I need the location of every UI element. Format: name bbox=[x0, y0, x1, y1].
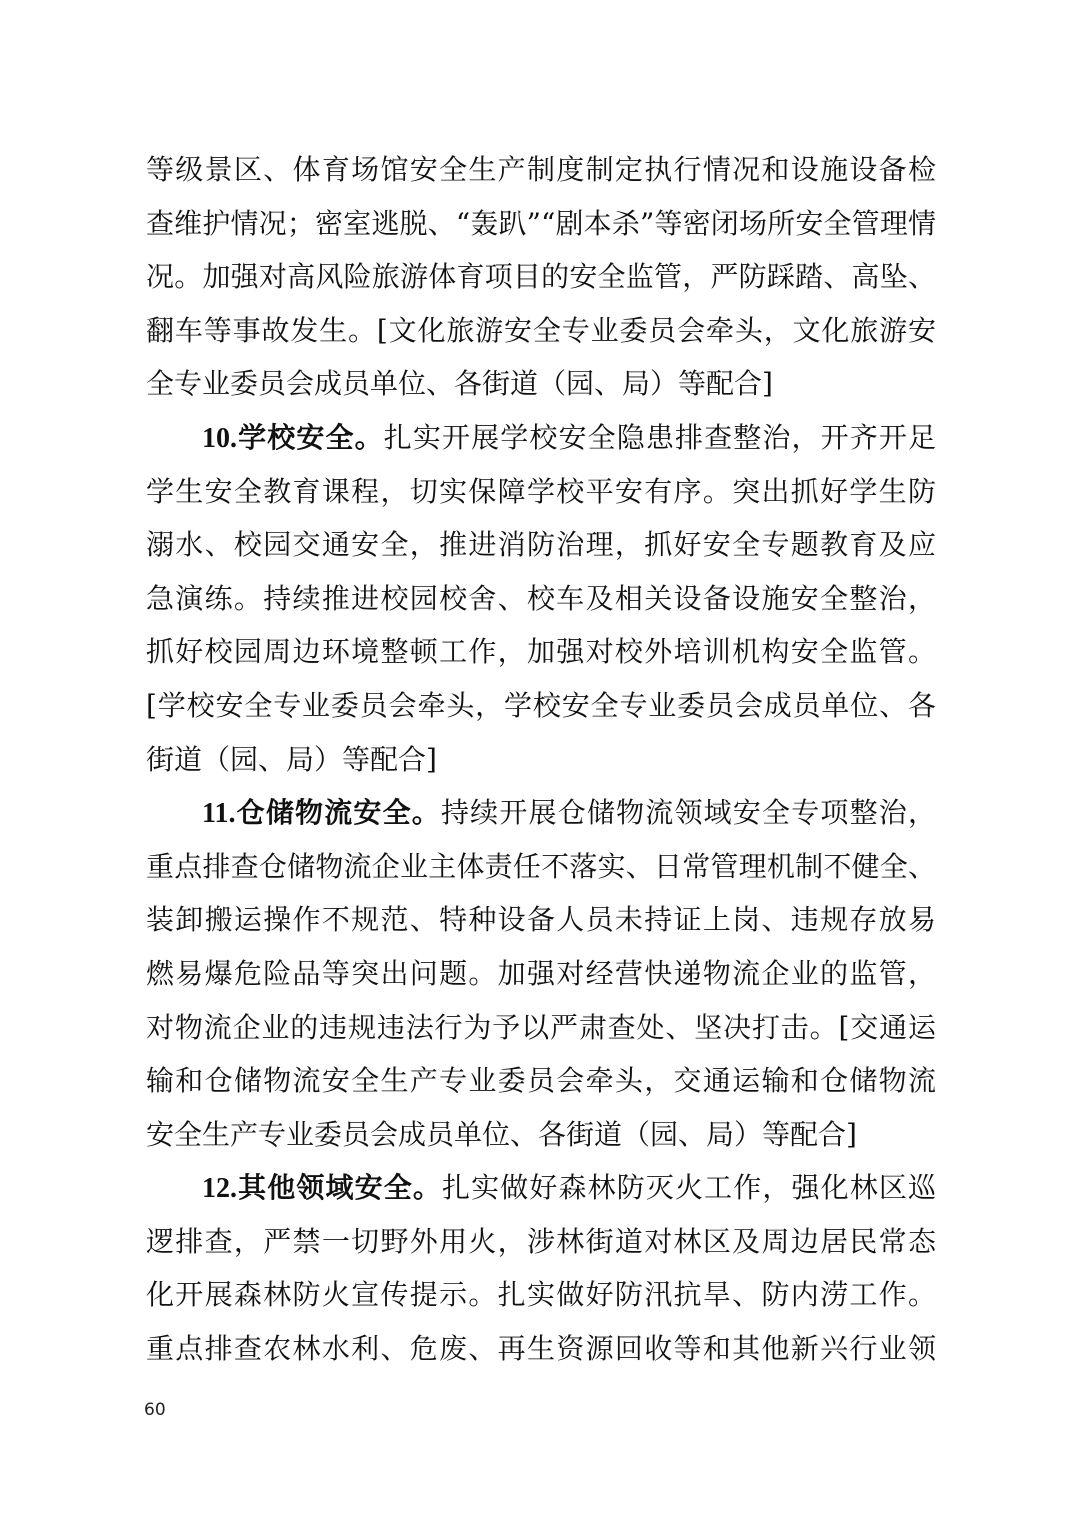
section-heading-school-safety: 10.学校安全。 bbox=[202, 423, 384, 454]
paragraph-line: 装卸搬运操作不规范、特种设备人员未持证上岗、违规存放易 bbox=[146, 893, 936, 947]
paragraph-line: 安全生产专业委员会成员单位、各街道（园、局）等配合] bbox=[146, 1108, 936, 1162]
paragraph-line: 化开展森林防火宣传提示。扎实做好防汛抗旱、防内涝工作。 bbox=[146, 1268, 936, 1322]
body-text: 等级景区、体育场馆安全生产制度制定执行情况和设施设备检 查维护情况；密室逃脱、“… bbox=[146, 143, 936, 1376]
paragraph-line: 全专业委员会成员单位、各街道（园、局）等配合] bbox=[146, 357, 936, 411]
paragraph-line: 逻排查，严禁一切野外用火，涉林街道对林区及周边居民常态 bbox=[146, 1215, 936, 1269]
paragraph-line: 输和仓储物流安全生产专业委员会牵头，交通运输和仓储物流 bbox=[146, 1054, 936, 1108]
paragraph-line: [学校安全专业委员会牵头，学校安全专业委员会成员单位、各 bbox=[146, 679, 936, 733]
paragraph-line: 重点排查仓储物流企业主体责任不落实、日常管理机制不健全、 bbox=[146, 840, 936, 894]
paragraph-line: 溺水、校园交通安全，推进消防治理，抓好安全专题教育及应 bbox=[146, 518, 936, 572]
document-page: 等级景区、体育场馆安全生产制度制定执行情况和设施设备检 查维护情况；密室逃脱、“… bbox=[0, 0, 1074, 1520]
section-text: 扎实做好森林防灭火工作，强化林区巡 bbox=[442, 1171, 936, 1204]
section-text: 扎实开展学校安全隐患排查整治，开齐开足 bbox=[384, 421, 936, 454]
paragraph-line: 翻车等事故发生。[文化旅游安全专业委员会牵头，文化旅游安 bbox=[146, 304, 936, 358]
paragraph-line: 况。加强对高风险旅游体育项目的安全监管，严防踩踏、高坠、 bbox=[146, 250, 936, 304]
section-text: 持续开展仓储物流领域安全专项整治， bbox=[441, 796, 936, 829]
section-heading-warehouse-logistics-safety: 11.仓储物流安全。 bbox=[202, 798, 441, 829]
paragraph-line: 查维护情况；密室逃脱、“轰趴”“剧本杀”等密闭场所安全管理情 bbox=[146, 197, 936, 251]
section-11-first-line: 11.仓储物流安全。持续开展仓储物流领域安全专项整治， bbox=[146, 786, 936, 840]
paragraph-line: 燃易爆危险品等突出问题。加强对经营快递物流企业的监管， bbox=[146, 947, 936, 1001]
paragraph-line: 街道（园、局）等配合] bbox=[146, 733, 936, 787]
paragraph-line: 抓好校园周边环境整顿工作，加强对校外培训机构安全监管。 bbox=[146, 625, 936, 679]
section-12-first-line: 12.其他领域安全。扎实做好森林防灭火工作，强化林区巡 bbox=[146, 1161, 936, 1215]
paragraph-line: 重点排查农林水利、危废、再生资源回收等和其他新兴行业领 bbox=[146, 1322, 936, 1376]
section-heading-other-fields-safety: 12.其他领域安全。 bbox=[202, 1173, 442, 1204]
section-10-first-line: 10.学校安全。扎实开展学校安全隐患排查整治，开齐开足 bbox=[146, 411, 936, 465]
paragraph-line: 等级景区、体育场馆安全生产制度制定执行情况和设施设备检 bbox=[146, 143, 936, 197]
page-number: 60 bbox=[144, 1400, 166, 1420]
paragraph-line: 学生安全教育课程，切实保障学校平安有序。突出抓好学生防 bbox=[146, 465, 936, 519]
paragraph-line: 急演练。持续推进校园校舍、校车及相关设备设施安全整治， bbox=[146, 572, 936, 626]
paragraph-line: 对物流企业的违规违法行为予以严肃查处、坚决打击。[交通运 bbox=[146, 1001, 936, 1055]
